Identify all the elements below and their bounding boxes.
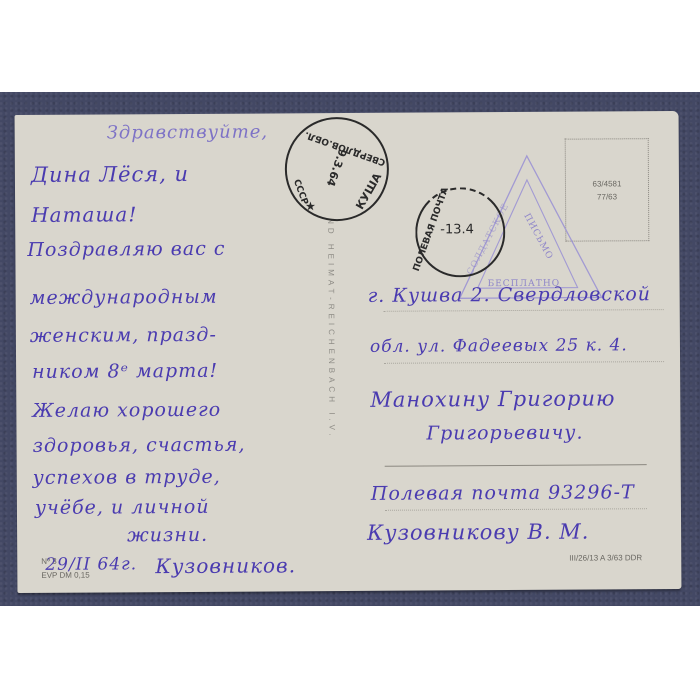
message-line: жизни. bbox=[127, 524, 208, 546]
field-post-postmark-date: -13.4 bbox=[440, 222, 474, 237]
address-rule bbox=[385, 508, 647, 511]
price-label: EVP DM 0,15 bbox=[41, 571, 89, 580]
address-line: Манохину Григорию bbox=[370, 386, 615, 411]
sender-line: Полевая почта 93296-Т bbox=[371, 481, 635, 505]
address-line: г. Кушва 2. Свердловской bbox=[368, 283, 651, 307]
message-line: ником 8ᵉ марта! bbox=[32, 360, 218, 383]
print-code: III/26/13 A 3/63 DDR bbox=[569, 553, 642, 562]
message-greeting: Здравствуйте, bbox=[107, 121, 269, 143]
message-line: Наташа! bbox=[31, 202, 137, 227]
message-line: Желаю хорошего bbox=[32, 399, 221, 422]
star-icon: ★ bbox=[305, 199, 316, 213]
sender-line: Кузовникову В. М. bbox=[367, 520, 589, 545]
message-signature: Кузовников. bbox=[155, 553, 296, 578]
message-line: Дина Лёся, и bbox=[31, 162, 189, 187]
publisher-imprint: ND HEIMAT-REICHENBACH I.V. bbox=[323, 218, 336, 439]
address-rule bbox=[385, 464, 647, 467]
message-line: женским, празд- bbox=[30, 324, 217, 347]
message-line: международным bbox=[30, 286, 218, 309]
address-rule bbox=[384, 309, 664, 312]
catalog-number: Nº 3 bbox=[41, 557, 56, 566]
postcard: Здравствуйте, Дина Лёся, и Наташа! Поздр… bbox=[15, 111, 682, 593]
message-line: Поздравляю вас с bbox=[27, 238, 225, 261]
message-line: здоровья, счастья, bbox=[33, 434, 246, 457]
message-line: учёбе, и личной bbox=[35, 496, 210, 519]
message-line: успехов в труде, bbox=[33, 466, 221, 489]
address-line: Григорьевичу. bbox=[426, 422, 583, 445]
address-rule bbox=[384, 361, 664, 364]
address-line: обл. ул. Фадеевых 25 к. 4. bbox=[370, 335, 628, 357]
